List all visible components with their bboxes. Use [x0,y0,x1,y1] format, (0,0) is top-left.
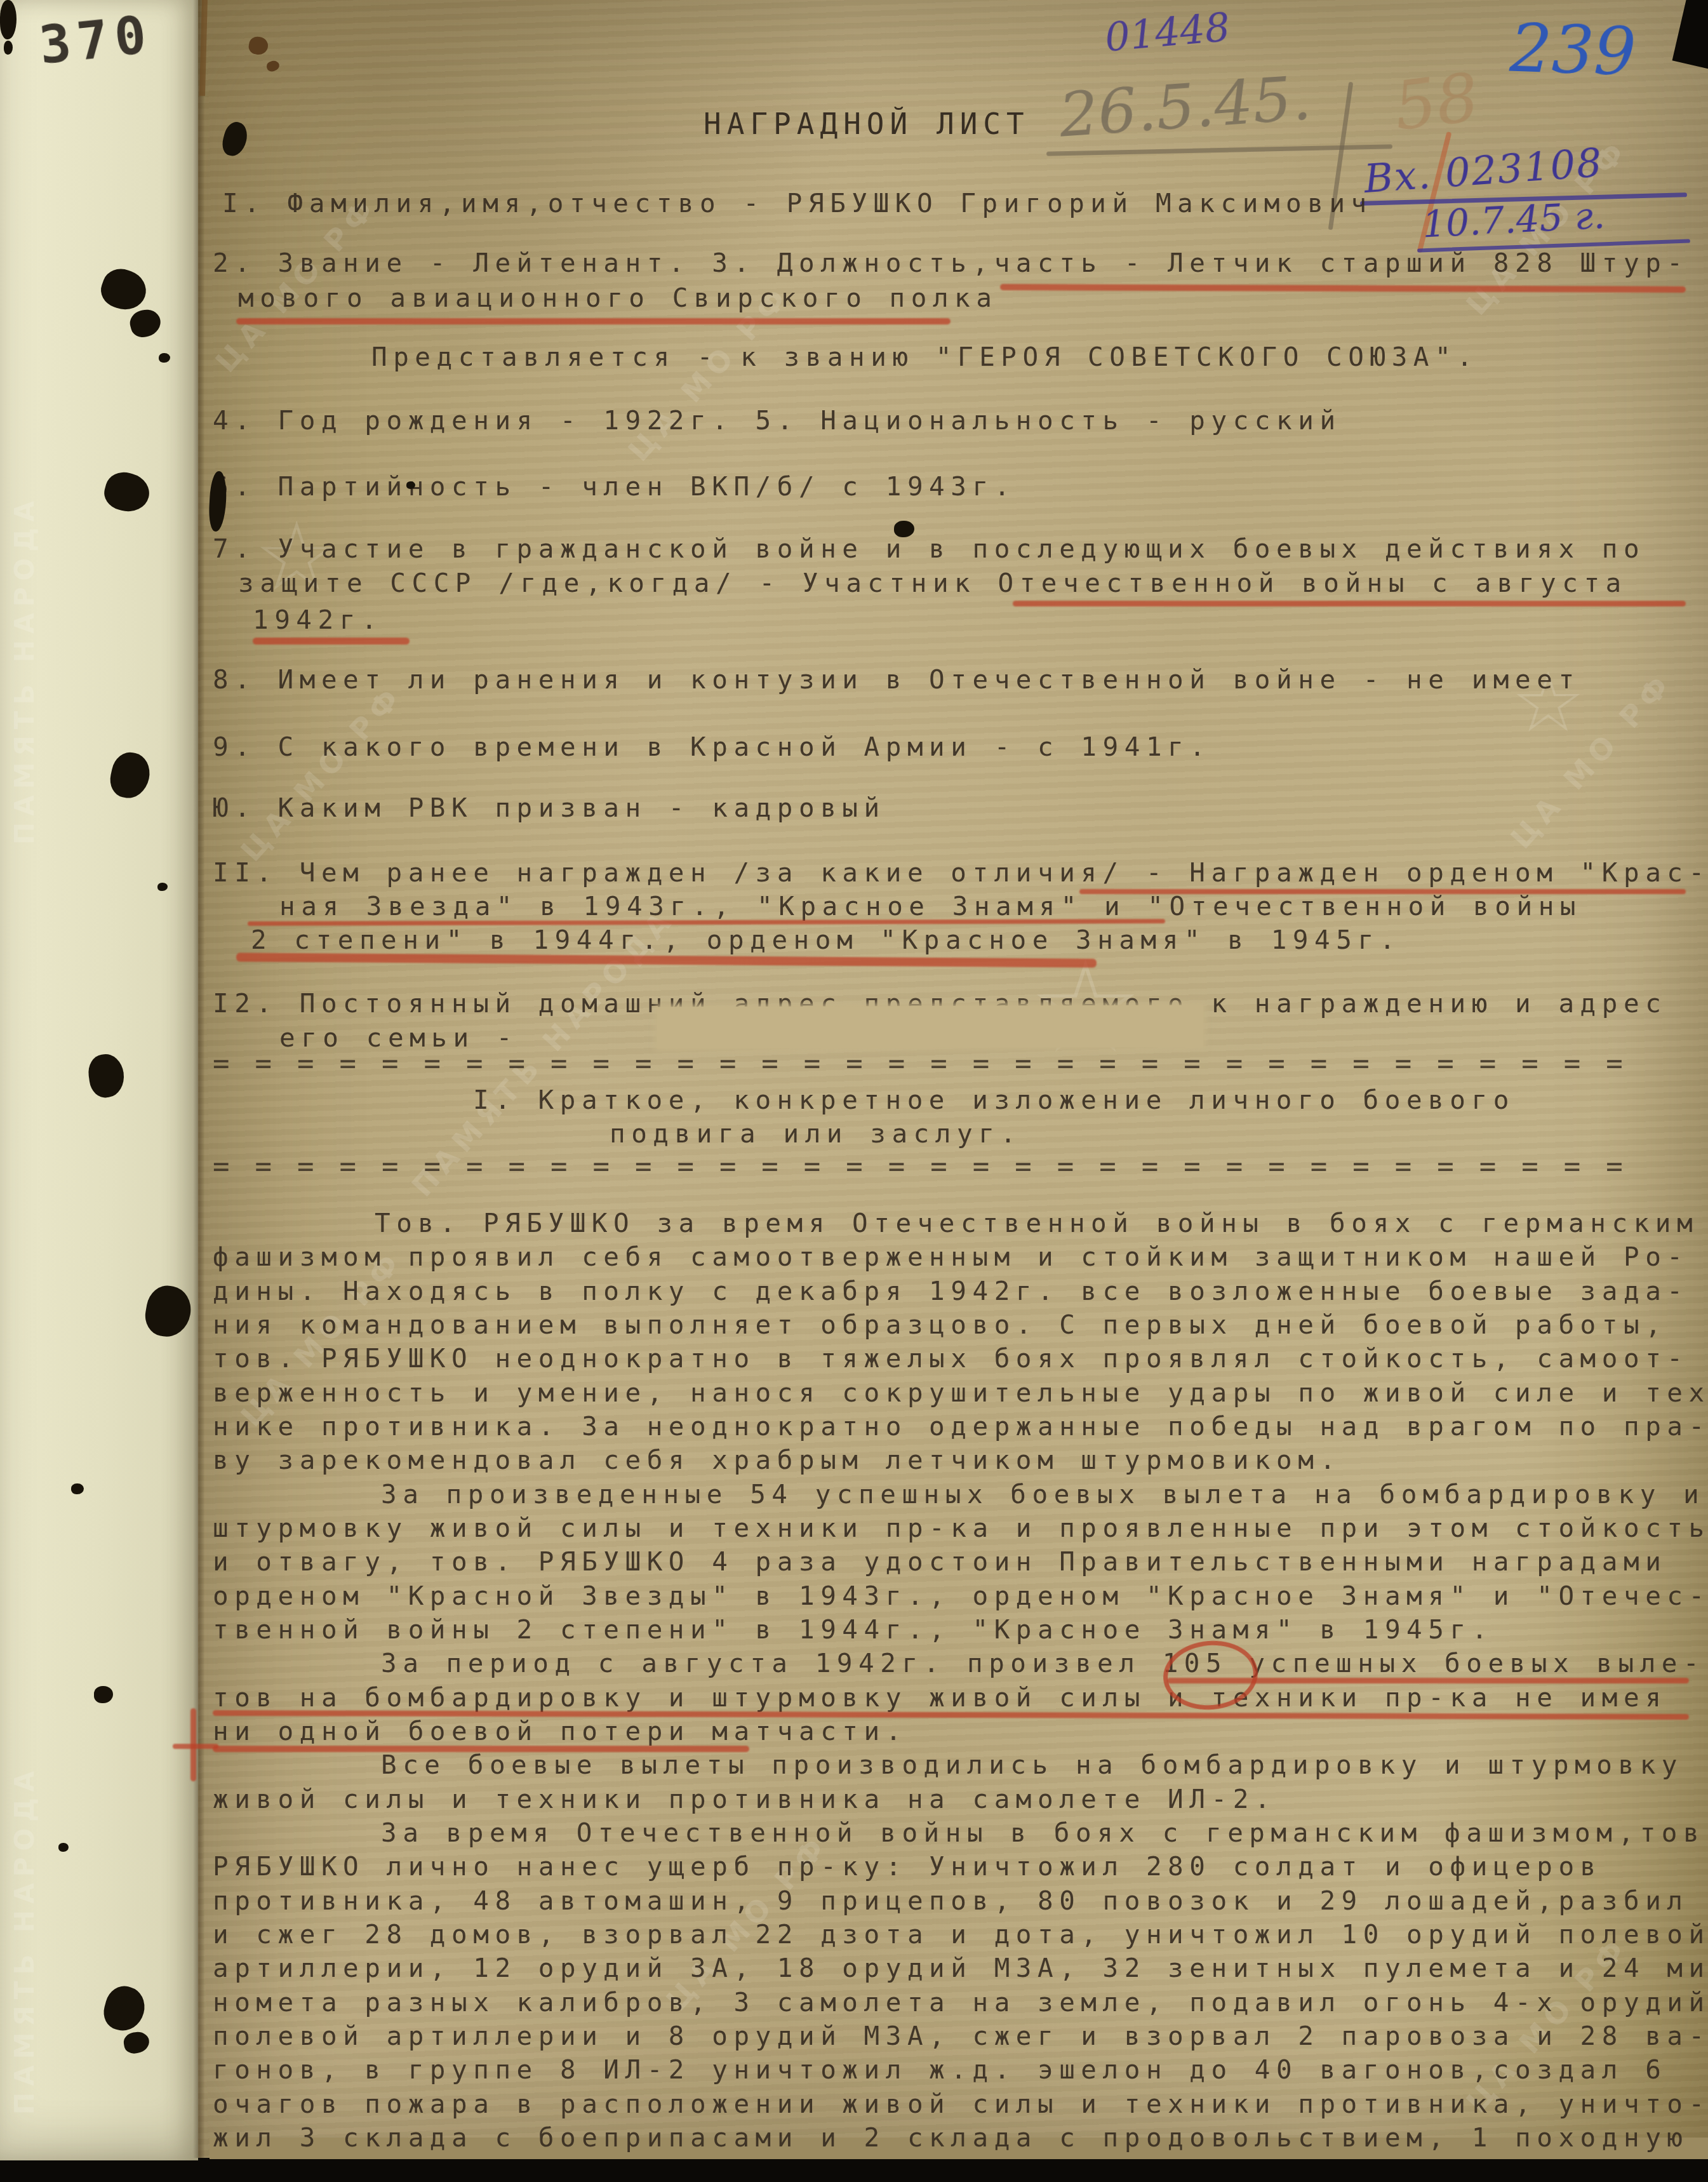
body-line: нике противника. За неоднократно одержан… [213,1411,1708,1442]
body-line: За время Отечественной войны в боях с ге… [381,1817,1708,1848]
ink-dot [406,481,415,489]
body-line: фашизмом проявил себя самоотверженным и … [213,1242,1689,1272]
red-underline [1079,889,1686,894]
body-line: орденом "Красной Звезды" в 1943г., орден… [213,1581,1708,1611]
field-army-since: 9. С какого времени в Красной Армии - с … [213,732,1211,762]
red-underline [253,638,410,645]
field-war-participation-year: 1942г. [253,605,383,635]
body-line: штурмовку живой силы и техники пр-ка и п… [213,1513,1708,1543]
redacted-address-block [657,1005,1203,1048]
divider-dashes: ================================== [213,1151,1648,1183]
field-war-participation: 7. Участие в гражданской войне и в после… [213,533,1645,564]
handwritten-page-number: 239 [1509,10,1638,91]
field-rank-position: 2. Звание - Лейтенант. 3. Должность,част… [213,248,1689,278]
field-prior-awards-cont: ная Звезда" в 1943г., "Красное Знамя" и … [279,891,1582,921]
body-line: твенной войны 2 степени" в 1944г., "Крас… [213,1614,1493,1645]
red-underline [1013,601,1686,606]
body-line: верженность и умение, нанося сокрушитель… [213,1377,1708,1408]
field-party: 6. Партийность - член ВКП/б/ с 1943г. [213,471,1016,502]
field-drafted-by: Ю. Каким РВК призван - кадровый [213,793,886,823]
body-line: живой силы и техники противника на самол… [213,1784,1276,1814]
field-prior-awards: II. Чем ранее награжден /за какие отличи… [213,857,1708,888]
watermark-memory: ПАМЯТЬ НАРОДА [9,1765,40,2115]
body-line: жил 3 склада с боеприпасами и 2 склада с… [213,2122,1689,2153]
field-birth-nationality: 4. Год рождения - 1922г. 5. Национальнос… [213,405,1342,436]
body-line: РЯБУШКО лично нанес ущерб пр-ку: Уничтож… [213,1851,1602,1882]
document-title: НАГРАДНОЙ ЛИСТ [704,107,1030,141]
body-line: Все боевые вылеты производились на бомба… [381,1750,1683,1780]
body-line: артиллерии, 12 орудий ЗА, 18 орудий МЗА,… [213,1953,1708,1983]
body-line: полевой артиллерии и 8 орудий МЗА, сжег … [213,2021,1708,2051]
page-fold-crease [193,0,204,2158]
field-war-participation-cont: защите СССР /где,когда/ - Участник Отече… [238,568,1627,598]
body-line: Тов. РЯБУШКО за время Отечественной войн… [375,1208,1698,1238]
scan-black-border [0,2160,1708,2182]
ink-blot [4,41,13,55]
body-line: гонов, в группе 8 ИЛ-2 уничтожил ж.д. эш… [213,2054,1667,2085]
handwritten-pencil-number: 58 [1390,58,1483,145]
body-line: противника, 48 автомашин, 9 прицепов, 80… [213,1885,1689,1916]
margin-red-cross [173,1744,218,1749]
divider-dashes: ================================== [213,1048,1648,1080]
body-line: и отвагу, тов. РЯБУШКО 4 раза удостоин П… [213,1546,1667,1577]
body-line: и сжег 28 домов, взорвал 22 дзота и дота… [213,1919,1708,1950]
body-line: ни одной боевой потери матчасти. [213,1716,907,1746]
body-line-sorties: За период с августа 1942г. произвел 105 … [381,1648,1705,1678]
body-line: номета разных калибров, 3 самолета на зе… [213,1987,1708,2018]
red-underline [236,318,951,325]
body-line: дины. Находясь в полку с декабря 1942г. … [213,1276,1689,1306]
body-line: ния командованием выполняет образцово. С… [213,1309,1667,1340]
field-prior-awards-cont2: 2 степени" в 1944г., орденом "Красное Зн… [251,925,1401,955]
section-header-line1: I. Краткое, конкретное изложение личного… [473,1085,1515,1115]
field-wounds: 8. Имеет ли ранения и контузии в Отечест… [213,664,1580,695]
body-line: тов. РЯБУШКО неоднократно в тяжелых боях… [213,1343,1689,1374]
body-line: тов на бомбардировку и штурмовку живой с… [213,1682,1667,1713]
section-header-line2: подвига или заслуг. [610,1118,1022,1149]
field-name: I. Фамилия,имя,отчество - РЯБУШКО Григор… [222,188,1373,218]
field-rank-position-cont: мового авиационного Свирского полка [238,283,997,313]
scanned-award-document: ЦА МО РФ ЦА МО РФ ЦА МО РФ ЦА МО РФ ЦА М… [0,0,1708,2182]
field-nominated-for: Представляется - к званию "ГЕРОЯ СОВЕТСК… [371,342,1478,372]
red-underline [213,1746,749,1752]
watermark-memory: ПАМЯТЬ НАРОДА [9,495,40,845]
body-line: За произведенные 54 успешных боевых выле… [381,1479,1705,1509]
body-line: очагов пожара в расположении живой силы … [213,2089,1708,2119]
page-number-stamp: 370 [37,4,156,76]
body-line: ву зарекомендовал себя храбрым летчиком … [213,1445,1342,1475]
